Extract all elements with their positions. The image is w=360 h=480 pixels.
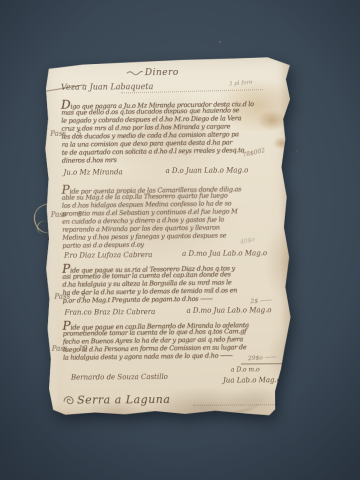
entry-paragraph-2: Pide por quenta propia de las Camariller… xyxy=(62,183,242,250)
paper-sheet: Dinero Veza a Juan Labaqueta 3 pl foro P… xyxy=(43,57,294,421)
page-title-text: Dinero xyxy=(145,68,179,78)
amount-underline xyxy=(241,363,291,364)
header-flourish-icon xyxy=(127,70,143,75)
closing-signature-right: Jua Lab.o Mag.o xyxy=(223,376,281,384)
entry-paragraph-1: Digo que pagara a Ju.o Mz Miranda procur… xyxy=(61,98,255,165)
dust-speck xyxy=(296,150,298,152)
manuscript-line: partio asi d.o despues d.oy xyxy=(62,239,242,250)
closing-pre-signature: a D.o m.o xyxy=(231,366,260,374)
entry-paragraph-4: Pide que pague en cap.lla Bernardo de Mi… xyxy=(63,319,250,362)
manuscript-page: Dinero Veza a Juan Labaqueta 3 pl foro P… xyxy=(43,57,294,421)
manuscript-line: dineros d.hos mrs xyxy=(62,154,255,165)
ink-smudge xyxy=(144,386,261,421)
margin-amount-3: 2$ —— xyxy=(250,297,272,306)
signature-right-2: a D.mo Jua Lab.o Mag.o xyxy=(182,249,267,258)
closing-signature-left: Bernardo de Souza Castillo xyxy=(71,373,168,382)
signature-left-1: Ju.o Mz Miranda xyxy=(64,168,123,176)
page-title: Dinero xyxy=(83,68,223,79)
corner-annotation: 3 pl foro xyxy=(229,80,253,88)
margin-amount-4: 29$o —— xyxy=(248,353,277,362)
manuscript-line: la hidalguia desta y agora nada mas de l… xyxy=(63,351,249,362)
photo-of-manuscript: { "photo": { "background_color": "#3c495… xyxy=(0,0,360,480)
entry-paragraph-3: Pide que pague su ss.ria al Tessorero Di… xyxy=(62,262,237,304)
dust-speck xyxy=(219,41,221,43)
signature-right-3: a D.mo Jua Lab.o Mag.o xyxy=(186,306,271,315)
spiral-flourish-icon xyxy=(63,395,75,407)
signature-left-2: P.ro Diaz Lufoza Cabrera xyxy=(64,251,152,260)
manuscript-line: p.or d.ho Mag.t Pregunta de pagam.to d.h… xyxy=(63,294,238,304)
signature-left-3: Fran.co Braz Diz Cabrera xyxy=(64,308,155,317)
signature-right-1: a D.o Juan Lab.o Mag.o xyxy=(165,166,248,175)
margin-amount-2: 40$o xyxy=(239,236,255,246)
